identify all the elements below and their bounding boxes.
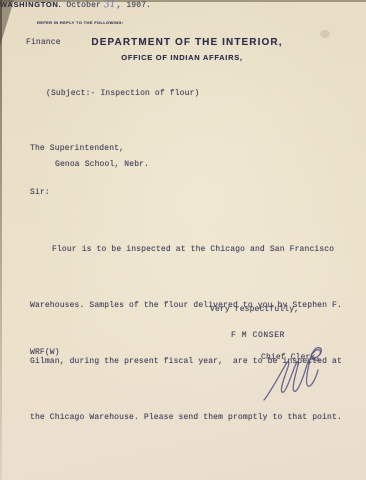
body-line: Flour is to be inspected at the Chicago … — [30, 241, 342, 260]
scan-edge-top — [0, 0, 366, 2]
scanned-letter-page: REFER IN REPLY TO THE FOLLOWING: Finance… — [0, 0, 366, 480]
scan-edge-left — [0, 0, 2, 480]
salutation: Sir: — [30, 188, 50, 197]
date-month: October — [66, 1, 101, 10]
signature-flourish — [256, 340, 338, 410]
subject-line: (Subject:- Inspection of flour) — [46, 89, 199, 98]
recipient-address: Genoa School, Nebr. — [55, 160, 149, 169]
letterhead-office: OFFICE OF INDIAN AFFAIRS, — [0, 53, 364, 62]
letter-body: Flour is to be inspected at the Chicago … — [30, 204, 342, 464]
recipient-name: The Superintendent, — [30, 144, 124, 153]
date-year: , 1907. — [116, 1, 151, 10]
handwritten-date-day: 31 — [104, 0, 116, 10]
valediction: Very respectfully, — [210, 305, 299, 314]
typist-initials: WRF(W) — [30, 348, 60, 357]
body-line: the Chicago Warehouse. Please send them … — [30, 409, 342, 428]
letterhead-department: DEPARTMENT OF THE INTERIOR, — [0, 37, 366, 48]
signer-name: F M CONSER — [231, 331, 285, 340]
refer-note: REFER IN REPLY TO THE FOLLOWING: — [37, 20, 123, 25]
